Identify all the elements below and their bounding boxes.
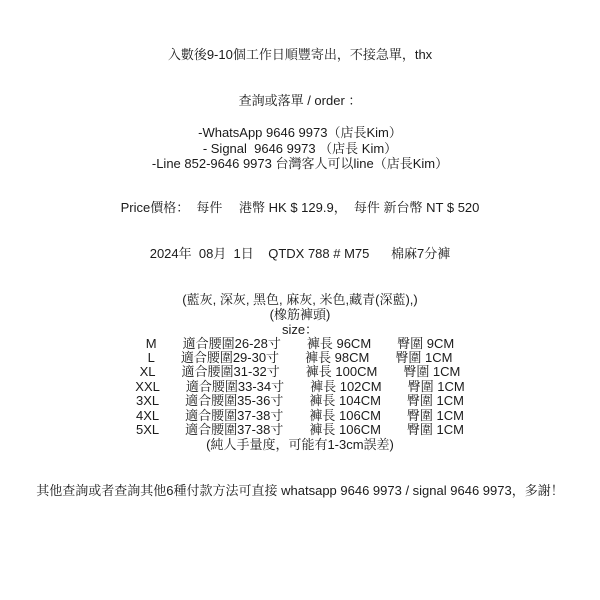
size-label: L: [148, 351, 155, 365]
contact-list: -WhatsApp 9646 9973（店長Kim） - Signal 9646…: [0, 125, 600, 172]
size-waist: 適合腰圍37-38寸: [185, 423, 283, 437]
size-hip: 臀圍 1CM: [395, 351, 452, 365]
contact-line: -Line 852-9646 9973 台灣客人可以line（店長Kim）: [0, 156, 600, 172]
shipping-note: 入數後9-10個工作日順豐寄出，不接急單，thx: [0, 47, 600, 62]
size-length: 褲長 98CM: [305, 351, 369, 365]
size-waist: 適合腰圍33-34寸: [186, 380, 284, 394]
size-row-4xl: 4XL適合腰圍37-38寸褲長 106CM臀圍 1CM: [0, 409, 600, 423]
size-hip: 臀圍 1CM: [403, 365, 460, 379]
size-waist: 適合腰圍37-38寸: [185, 409, 283, 423]
size-hip: 臀圍 1CM: [407, 394, 464, 408]
contact-signal: - Signal 9646 9973 （店長 Kim）: [0, 141, 600, 157]
size-label: 3XL: [136, 394, 159, 408]
price-line: Price價格： 每件 港幣 HK $ 129.9， 每件 新台幣 NT $ 5…: [0, 200, 600, 215]
waistband-line: (橡筋褲頭): [0, 307, 600, 322]
measure-note: (純人手量度，可能有1-3cm誤差): [0, 437, 600, 452]
size-hip: 臀圍 1CM: [408, 380, 465, 394]
size-label: XL: [140, 365, 156, 379]
size-waist: 適合腰圍29-30寸: [181, 351, 279, 365]
size-row-xxl: XXL適合腰圍33-34寸褲長 102CM臀圍 1CM: [0, 380, 600, 394]
product-listing: 入數後9-10個工作日順豐寄出，不接急單，thx 查詢或落單 / order ：…: [0, 0, 600, 498]
size-row-3xl: 3XL適合腰圍35-36寸褲長 104CM臀圍 1CM: [0, 394, 600, 408]
size-row-l: L適合腰圍29-30寸褲長 98CM臀圍 1CM: [0, 351, 600, 365]
size-label: 4XL: [136, 409, 159, 423]
product-line: 2024年 08月 1日 QTDX 788 # M75 棉麻7分褲: [0, 246, 600, 261]
size-heading: size：: [0, 322, 600, 337]
size-length: 褲長 106CM: [309, 423, 381, 437]
size-length: 褲長 100CM: [306, 365, 378, 379]
size-hip: 臀圍 1CM: [407, 423, 464, 437]
size-hip: 臀圍 1CM: [407, 409, 464, 423]
size-label: M: [146, 337, 157, 351]
contact-whatsapp: -WhatsApp 9646 9973（店長Kim）: [0, 125, 600, 141]
size-waist: 適合腰圍31-32寸: [182, 365, 280, 379]
order-heading: 查詢或落單 / order ：: [0, 93, 600, 108]
size-length: 褲長 102CM: [310, 380, 382, 394]
size-label: XXL: [135, 380, 160, 394]
size-table: M適合腰圍26-28寸褲長 96CM臀圍 9CM L適合腰圍29-30寸褲長 9…: [0, 337, 600, 438]
size-row-m: M適合腰圍26-28寸褲長 96CM臀圍 9CM: [0, 337, 600, 351]
size-label: 5XL: [136, 423, 159, 437]
size-length: 褲長 106CM: [309, 409, 381, 423]
size-hip: 臀圍 9CM: [397, 337, 454, 351]
size-row-5xl: 5XL適合腰圍37-38寸褲長 106CM臀圍 1CM: [0, 423, 600, 437]
colors-line: (藍灰, 深灰, 黑色, 麻灰, 米色,藏青(深藍),): [0, 292, 600, 307]
footer-note: 其他查詢或者查詢其他6種付款方法可直接 whatsapp 9646 9973 /…: [0, 483, 600, 498]
size-length: 褲長 96CM: [307, 337, 371, 351]
size-waist: 適合腰圍26-28寸: [183, 337, 281, 351]
size-row-xl: XL適合腰圍31-32寸褲長 100CM臀圍 1CM: [0, 365, 600, 379]
size-waist: 適合腰圍35-36寸: [185, 394, 283, 408]
size-length: 褲長 104CM: [309, 394, 381, 408]
